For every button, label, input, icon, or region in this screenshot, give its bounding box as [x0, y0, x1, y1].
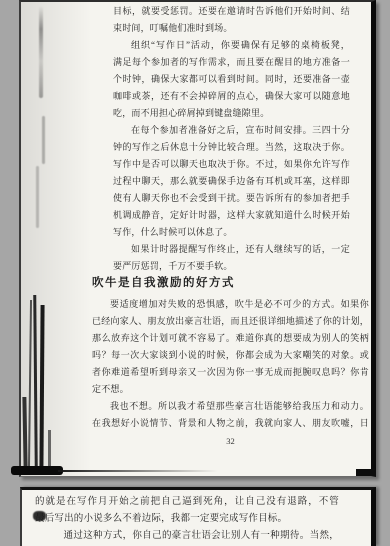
- text-line: 咖啡或茶，还有不会掉碎屑的点心，确保大家可以随意地: [113, 88, 350, 105]
- text-line: 在我想好小说情节、背景和人物之前，我就向家人、朋友吹嘘，日: [92, 415, 369, 432]
- text-line: 的就是在写作月开始之前把自己逼到死角，让自己没有退路，不管: [35, 494, 339, 511]
- writing-day-section: 目标，就要受惩罚。还要在邀请时告诉他们开始时间、结束时间，叮嘱他们准时到场。组织…: [113, 3, 350, 275]
- text-line: 那么放弃这个计划可就不容易了。难道你真的想要成为别人的笑柄: [92, 330, 369, 347]
- text-line: 写作中是否可以聊天也取决于你。不过，如果你允许写作: [113, 156, 350, 173]
- text-line: 钟的写作之后休息十分钟比较合理。当然，这取决于你。: [113, 139, 350, 156]
- text-line: 在每个参加者准备好之后，宣布时间安排。三四十分: [113, 122, 350, 139]
- page-number: 32: [92, 436, 369, 446]
- text-line: 满足每个参加者的写作需求，而且要在醒目的地方准备一: [113, 54, 350, 71]
- scanned-book-spread: 目标，就要受惩罚。还要在邀请时告诉他们开始时间、结束时间，叮嘱他们准时到场。组织…: [0, 0, 390, 546]
- fragment-text: 的就是在写作月开始之前把自己逼到死角，让自己没有退路，不管最后写出的小说多么不着…: [35, 494, 339, 545]
- bragging-section: 要适度增加对失败的恐惧感，吹牛是必不可少的方式。如果你已经向家人、朋友放出豪言壮…: [92, 296, 369, 432]
- next-page-fragment: 的就是在写作月开始之前把自己逼到死角，让自己没有退路，不管最后写出的小说多么不着…: [20, 487, 376, 546]
- text-line: 束时间，叮嘱他们准时到场。: [113, 20, 350, 37]
- text-line: 过程中聊天，那么就要确保手边备有耳机或耳塞，这样即: [113, 173, 350, 190]
- text-line: 最后写出的小说多么不着边际，我都一定要完成写作目标。: [35, 511, 339, 528]
- section-heading: 吹牛是自我激励的好方式: [92, 274, 235, 290]
- text-line: 组织“写作日”活动，你要确保有足够的桌椅板凳，: [113, 37, 350, 54]
- text-line: 者你难道希望听到母亲又一次因为你一事无成而扼腕叹息吗？你肯: [92, 364, 369, 381]
- text-line: 使有人聊天你也不会受到干扰。要告诉所有的参加者把手: [113, 190, 350, 207]
- text-line: 定不想。: [92, 381, 369, 398]
- text-line: 我也不想。所以我才希望那些豪言壮语能够给我压力和动力。: [92, 398, 369, 415]
- text-line: 如果计时器提醒写作终止，还有人继续写的话，一定: [113, 241, 350, 258]
- text-line: 要适度增加对失败的恐惧感，吹牛是必不可少的方式。如果你: [92, 296, 369, 313]
- text-line: 吃，而不用担心碎屑掉到键盘缝隙里。: [113, 105, 350, 122]
- book-page-32: 目标，就要受惩罚。还要在邀请时告诉他们开始时间、结束时间，叮嘱他们准时到场。组织…: [19, 0, 376, 477]
- text-line: 个时钟，确保大家都可以看到时间。同时，还要准备一壶: [113, 71, 350, 88]
- text-line: 通过这种方式，你自己的豪言壮语会让别人有一种期待。当然，: [35, 528, 339, 545]
- text-line: 目标，就要受惩罚。还要在邀请时告诉他们开始时间、结: [113, 3, 350, 20]
- text-line: 机调成静音，定好计时器，这样大家就知道什么时候开始: [113, 207, 350, 224]
- text-line: 要严厉惩罚，千万不要手软。: [113, 258, 350, 275]
- text-line: 写作，什么时候可以休息了。: [113, 224, 350, 241]
- text-line: 吗？每一次大家谈到小说的时候，你都会成为大家嘲笑的对象。或: [92, 347, 369, 364]
- text-line: 已经向家人、朋友放出豪言壮语，而且还很详细地描述了你的计划，: [92, 313, 369, 330]
